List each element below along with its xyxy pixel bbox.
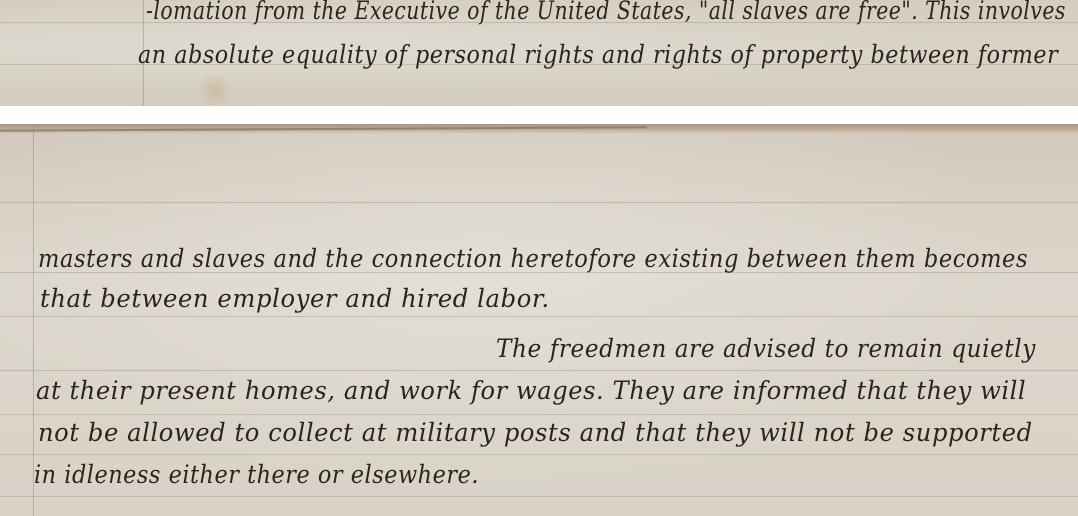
handwritten-line: masters and slaves and the connection he… bbox=[38, 244, 1028, 273]
handwritten-line: in idleness either there or elsewhere. bbox=[34, 460, 479, 489]
ruled-line bbox=[0, 202, 1078, 203]
handwritten-line: an absolute equality of personal rights … bbox=[138, 40, 1058, 69]
margin-rule bbox=[33, 124, 34, 516]
handwritten-line: that between employer and hired labor. bbox=[40, 284, 550, 313]
handwritten-line: not be allowed to collect at military po… bbox=[38, 418, 1033, 447]
ruled-line bbox=[0, 454, 1078, 455]
handwritten-line: The freedmen are advised to remain quiet… bbox=[496, 334, 1036, 363]
document-fragment-bottom: masters and slaves and the connection he… bbox=[0, 124, 1078, 516]
document-fragment-top: -lomation from the Executive of the Unit… bbox=[0, 0, 1078, 106]
ruled-line bbox=[0, 496, 1078, 497]
handwritten-line: at their present homes, and work for wag… bbox=[36, 376, 1026, 405]
ruled-line bbox=[0, 370, 1078, 371]
handwritten-line: -lomation from the Executive of the Unit… bbox=[146, 0, 1066, 25]
ruled-line bbox=[0, 316, 1078, 317]
ruled-line bbox=[0, 414, 1078, 415]
paper-stain bbox=[195, 75, 235, 105]
